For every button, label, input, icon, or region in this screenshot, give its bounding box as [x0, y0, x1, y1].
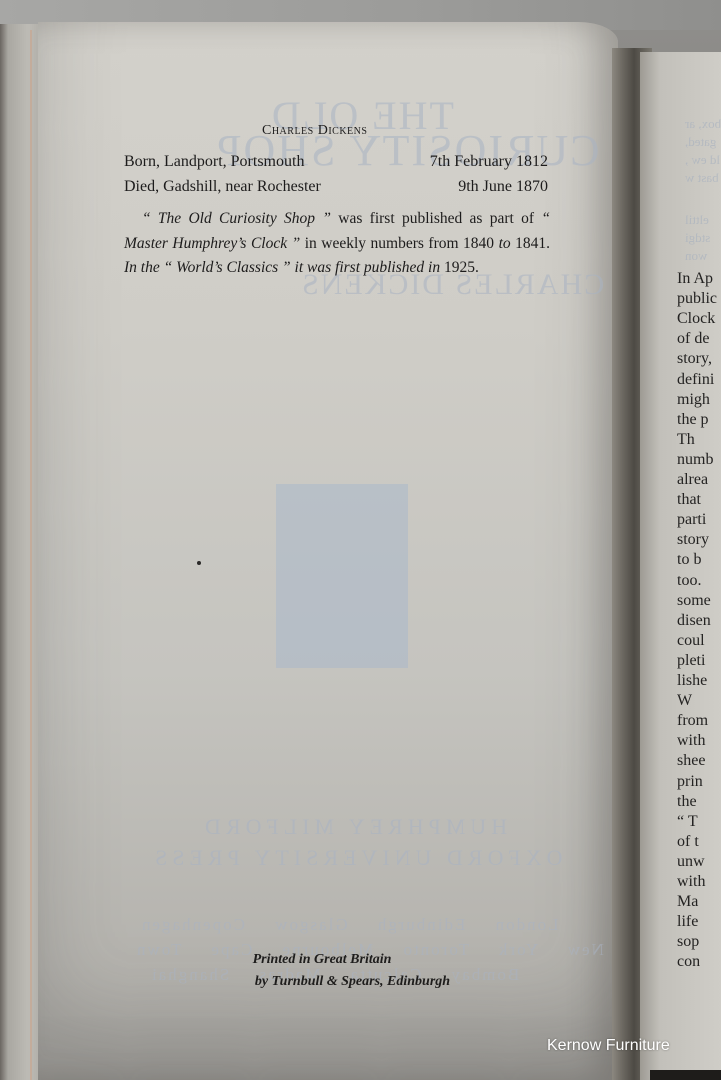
right-page-line: numb: [677, 451, 713, 469]
bleed-through-publisher-1: HUMPHREY MILFORD: [200, 814, 507, 840]
publication-note: “ The Old Curiosity Shop ” was first pub…: [124, 207, 550, 281]
author-heading: Charles Dickens: [262, 123, 367, 139]
right-page-line: lishe: [677, 672, 707, 690]
right-page-line: shee: [677, 752, 705, 770]
bleed-through-publisher-2: OXFORD UNIVERSITY PRESS: [150, 845, 562, 871]
note-text-3: 1841.: [511, 235, 550, 252]
right-page-line: Clock: [677, 310, 715, 328]
right-page-line: alrea: [677, 471, 708, 489]
right-page-line: too.: [677, 572, 701, 590]
right-page-line: Th: [677, 431, 695, 449]
bleed-through-frontispiece: [276, 484, 408, 668]
right-page-line: the p: [677, 411, 709, 429]
right-ghost-line: box, ar: [685, 116, 721, 132]
right-ghost-line: bast w: [685, 170, 719, 186]
right-page-line: the: [677, 793, 697, 811]
right-ghost-line: won: [685, 248, 707, 264]
note-text-4: 1925.: [440, 259, 479, 276]
right-page-line: parti: [677, 511, 706, 529]
right-page-line: to b: [677, 551, 701, 569]
note-text-2: in weekly numbers from 1840: [300, 235, 498, 252]
right-page-line: Ma: [677, 893, 698, 911]
right-page-line: sop: [677, 933, 699, 951]
shadow-corner: [650, 1070, 721, 1080]
right-page-line: that: [677, 491, 701, 509]
ink-speck: [197, 561, 201, 565]
right-page-line: con: [677, 953, 700, 971]
right-page-line: public: [677, 290, 717, 308]
right-ghost-line: stdgi: [685, 230, 710, 246]
right-page-line: of t: [677, 833, 699, 851]
right-page-line: prin: [677, 773, 703, 791]
born-row: Born, Landport, Portsmouth 7th February …: [124, 153, 548, 171]
note-classics-italic: In the “ World’s Classics ” it was first…: [124, 259, 440, 276]
bleed-through-cities-1: London Edinburgh Glasgow Copenhagen: [140, 915, 559, 935]
right-page-line: some: [677, 592, 711, 610]
printer-line-2: by Turnbull & Spears, Edinburgh: [210, 974, 495, 990]
born-date: 7th February 1812: [430, 153, 548, 171]
right-ghost-line: gated,: [685, 134, 716, 150]
right-page-line: defini: [677, 371, 714, 389]
right-page-line: W: [677, 692, 692, 710]
watermark: Kernow Furniture: [547, 1037, 670, 1055]
right-page-line: of de: [677, 330, 709, 348]
right-ghost-line: elttil: [685, 212, 709, 228]
right-page-line: migh: [677, 391, 710, 409]
right-page-line: with: [677, 873, 705, 891]
died-row: Died, Gadshill, near Rochester 9th June …: [124, 178, 548, 196]
note-to-italic: to: [499, 235, 511, 252]
born-label: Born, Landport, Portsmouth: [124, 153, 304, 171]
right-page-line: story,: [677, 350, 712, 368]
note-title-italic: “ The Old Curiosity Shop ”: [142, 210, 331, 227]
died-date: 9th June 1870: [458, 178, 548, 196]
right-page-line: disen: [677, 612, 711, 630]
right-page-line: life: [677, 913, 698, 931]
right-page-line: story: [677, 531, 709, 549]
right-ghost-line: ld ew ,: [685, 152, 720, 168]
right-page-line: coul: [677, 632, 705, 650]
right-page-line: from: [677, 712, 708, 730]
book-page-edges: [0, 24, 38, 1080]
printer-line-1: Printed in Great Britain: [222, 952, 422, 968]
right-page-line: pleti: [677, 652, 705, 670]
right-page-line: unw: [677, 853, 705, 871]
note-text-1: was first published as part of: [331, 210, 541, 227]
died-label: Died, Gadshill, near Rochester: [124, 178, 321, 196]
right-page-line: “ T: [677, 813, 698, 831]
right-page-line: with: [677, 732, 705, 750]
page-edge-line: [30, 30, 32, 1080]
right-page-line: In Ap: [677, 270, 713, 288]
